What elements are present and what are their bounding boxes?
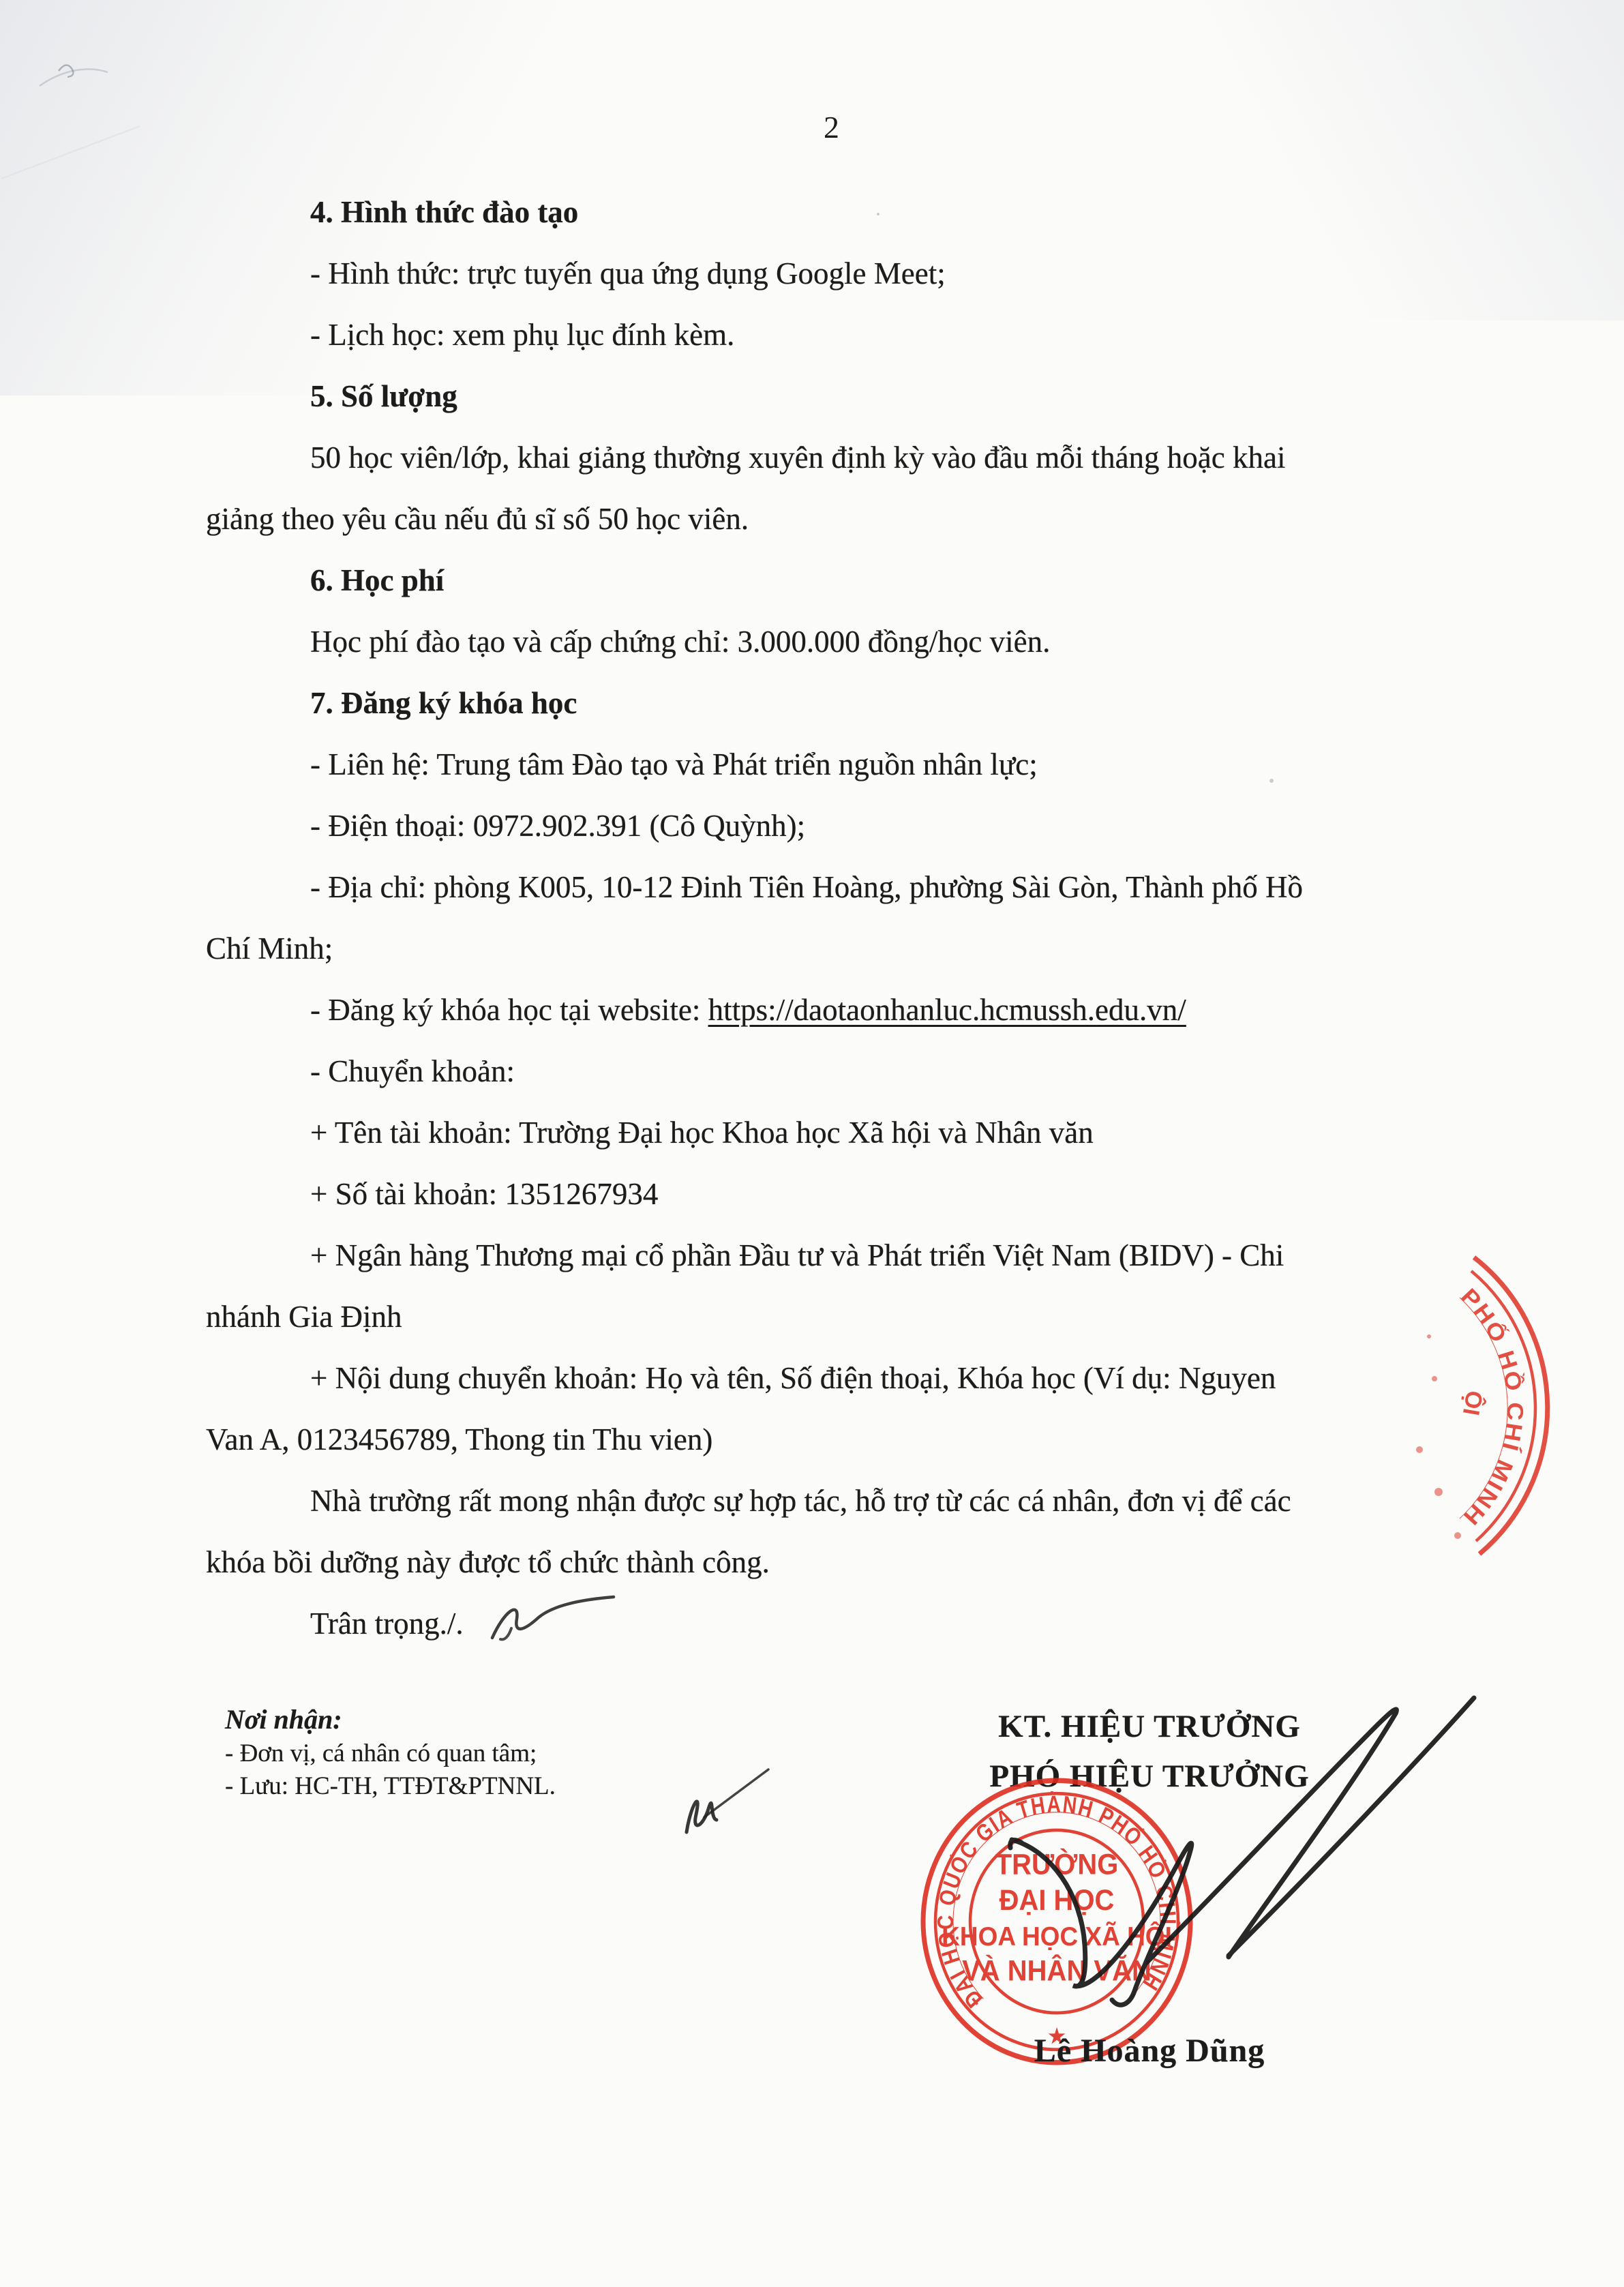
scan-speck <box>877 213 879 215</box>
edge-stamp-seal: PHỐ HỒ CHÍ MINH ỘI <box>1399 1227 1624 1582</box>
doc-line: - Liên hệ: Trung tâm Đào tạo và Phát tri… <box>310 745 1038 783</box>
recipient-item: - Đơn vị, cá nhân có quan tâm; <box>225 1737 556 1770</box>
doc-line-prefix: - Đăng ký khóa học tại website: <box>310 993 708 1027</box>
doc-line: giảng theo yêu cầu nếu đủ sĩ số 50 học v… <box>206 500 749 538</box>
doc-line: - Hình thức: trực tuyến qua ứng dụng Goo… <box>310 254 946 293</box>
approval-squiggle <box>665 1756 794 1851</box>
doc-line: + Tên tài khoản: Trường Đại học Khoa học… <box>310 1113 1094 1152</box>
recipient-item: - Lưu: HC-TH, TTĐT&PTNNL. <box>225 1770 556 1803</box>
doc-line: - Địa chỉ: phòng K005, 10-12 Đinh Tiên H… <box>310 868 1303 906</box>
corner-shade-right <box>1092 0 1624 320</box>
document-page: 2 4. Hình thức đào tạo - Hình thức: trực… <box>0 0 1624 2287</box>
doc-line: - Chuyển khoản: <box>310 1052 515 1090</box>
doc-line: - Điện thoại: 0972.902.391 (Cô Quỳnh); <box>310 807 805 845</box>
doc-line: + Ngân hàng Thương mại cổ phần Đầu tư và… <box>310 1236 1284 1274</box>
doc-line: - Lịch học: xem phụ lục đính kèm. <box>310 316 734 354</box>
section-heading: 7. Đăng ký khóa học <box>310 684 577 722</box>
section-heading: 4. Hình thức đào tạo <box>310 193 578 231</box>
section-heading: 6. Học phí <box>310 561 444 599</box>
handwritten-initial <box>477 1589 634 1664</box>
doc-line: nhánh Gia Định <box>206 1298 402 1336</box>
doc-line: 50 học viên/lớp, khai giảng thường xuyên… <box>310 438 1285 477</box>
doc-line: + Nội dung chuyển khoản: Họ và tên, Số đ… <box>310 1359 1276 1397</box>
doc-line: - Đăng ký khóa học tại website: https://… <box>310 991 1186 1029</box>
scan-crease-marks <box>0 0 286 218</box>
recipients-block: Nơi nhận: - Đơn vị, cá nhân có quan tâm;… <box>225 1702 556 1803</box>
edge-stamp-fragment: ỘI <box>1458 1389 1488 1418</box>
signer-name: Lê Hoàng Dũng <box>939 2032 1359 2069</box>
doc-line: Nhà trường rất mong nhận được sự hợp tác… <box>310 1482 1291 1520</box>
section-heading: 5. Số lượng <box>310 377 457 415</box>
recipients-heading: Nơi nhận: <box>225 1702 556 1737</box>
doc-line: Van A, 0123456789, Thong tin Thu vien) <box>206 1420 712 1459</box>
signature-ink <box>941 1636 1500 2018</box>
scan-speck <box>1269 779 1274 783</box>
doc-line: khóa bồi dưỡng này được tổ chức thành cô… <box>206 1543 770 1581</box>
registration-link[interactable]: https://daotaonhanluc.hcmussh.edu.vn/ <box>708 993 1186 1027</box>
doc-line: + Số tài khoản: 1351267934 <box>310 1175 658 1213</box>
page-number: 2 <box>824 109 839 145</box>
closing-line: Trân trọng./. <box>310 1604 464 1643</box>
doc-line: Chí Minh; <box>206 929 333 968</box>
doc-line: Học phí đào tạo và cấp chứng chỉ: 3.000.… <box>310 623 1050 661</box>
